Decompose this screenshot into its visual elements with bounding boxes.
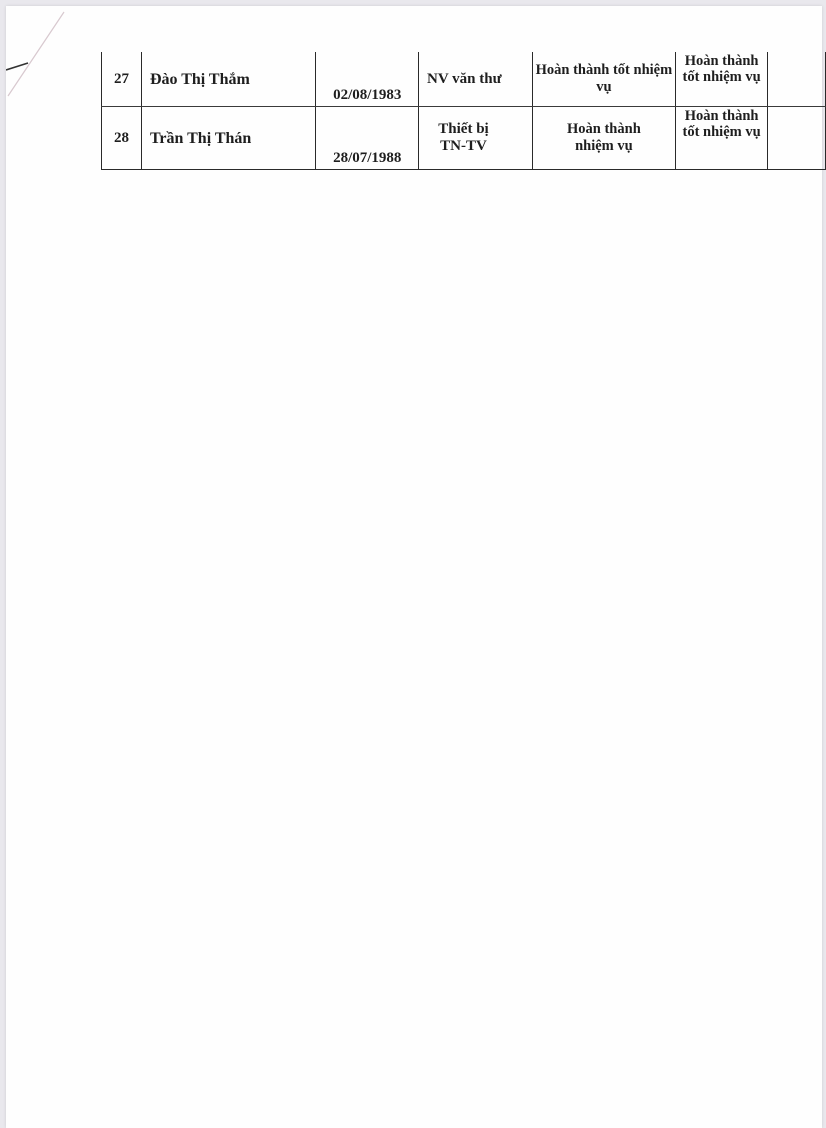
cell-evaluation: Hoàn thành tốt nhiệm vụ [675,107,768,170]
table-row: 27 Đào Thị Thắm 02/08/1983 NV văn thư Ho… [102,52,826,107]
cell-note [768,52,826,107]
table-row: 28 Trần Thị Thán 28/07/1988 Thiết bị TN-… [102,107,826,170]
cell-name: Đào Thị Thắm [141,52,316,107]
cell-self-evaluation: Hoàn thành tốt nhiệm vụ [533,52,676,107]
cell-evaluation: Hoàn thành tốt nhiệm vụ [675,52,768,107]
document-page [6,6,822,1128]
cell-dob: 28/07/1988 [316,107,419,170]
cell-stt: 27 [102,52,142,107]
position-text: NV văn thư [419,71,502,88]
cell-name: Trần Thị Thán [141,107,316,170]
dob-text: 02/08/1983 [333,87,401,106]
cell-dob: 02/08/1983 [316,52,419,107]
evaluation-text: Hoàn thành tốt nhiệm vụ [676,107,768,140]
cell-note [768,107,826,170]
staff-evaluation-table: 27 Đào Thị Thắm 02/08/1983 NV văn thư Ho… [101,52,826,170]
evaluation-text: Hoàn thành tốt nhiệm vụ [676,52,768,85]
cell-stt: 28 [102,107,142,170]
cell-self-evaluation: Hoàn thành nhiệm vụ [533,107,676,170]
position-text: Thiết bị TN-TV [429,121,499,155]
cell-position: NV văn thư [419,52,533,107]
cell-position: Thiết bị TN-TV [419,107,533,170]
dob-text: 28/07/1988 [333,150,401,169]
